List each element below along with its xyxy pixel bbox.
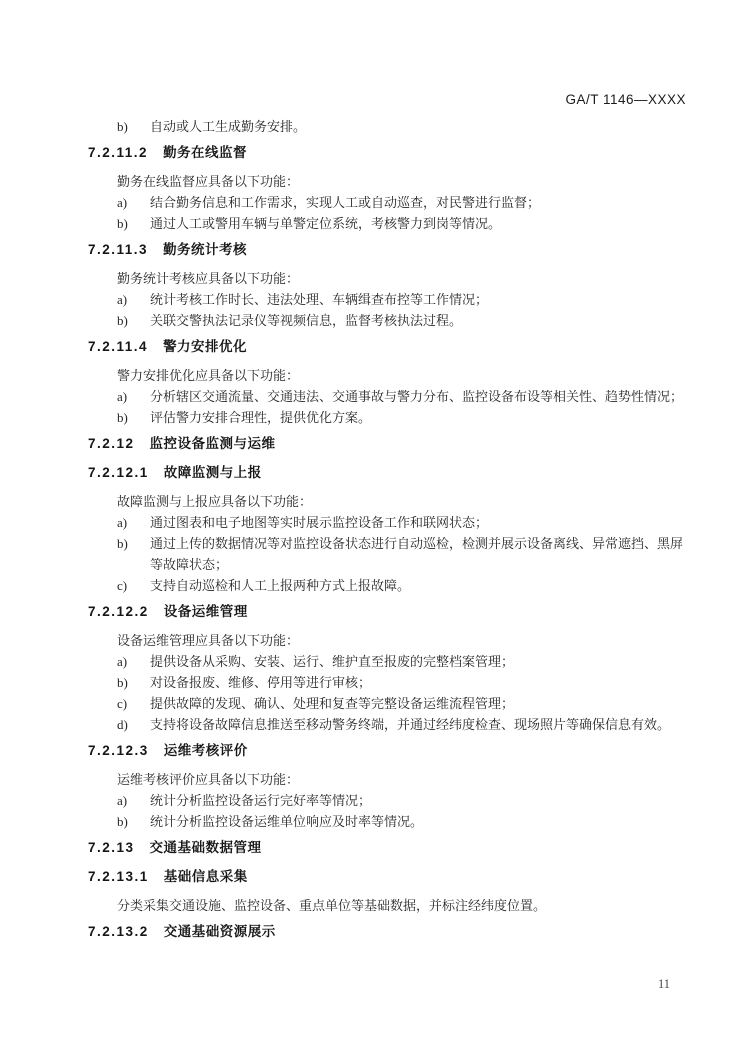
section-title: 故障监测与上报 [164,462,262,483]
list-item: a)结合勤务信息和工作需求，实现人工或自动巡查，对民警进行监督； [88,192,692,213]
section-heading: 7.2.12.3运维考核评价 [88,740,692,761]
list-marker: b) [117,533,150,575]
standard-code-header: GA/T 1146—XXXX [565,92,686,107]
list-item: b)通过人工或警用车辆与单警定位系统，考核警力到岗等情况。 [88,213,692,234]
paragraph: 勤务统计考核应具备以下功能： [88,268,692,289]
section-title: 勤务统计考核 [163,239,247,260]
list-text: 统计分析监控设备运行完好率等情况； [150,790,692,811]
section-number: 7.2.11.3 [88,239,148,260]
section-heading: 7.2.11.2勤务在线监督 [88,142,692,163]
list-text: 统计考核工作时长、违法处理、车辆缉查布控等工作情况； [150,289,692,310]
list-marker: a) [117,512,150,533]
section-heading: 7.2.13.2交通基础资源展示 [88,921,692,942]
section-number: 7.2.12.1 [88,462,149,483]
list-item: c)提供故障的发现、确认、处理和复查等完整设备运维流程管理； [88,693,692,714]
list-marker: c) [117,693,150,714]
list-text: 提供设备从采购、安装、运行、维护直至报废的完整档案管理； [150,651,692,672]
section-title: 警力安排优化 [163,336,247,357]
section-title: 监控设备监测与运维 [150,433,276,454]
list-item: a)统计分析监控设备运行完好率等情况； [88,790,692,811]
paragraph: 警力安排优化应具备以下功能： [88,365,692,386]
section-number: 7.2.12.2 [88,601,149,622]
list-text: 分析辖区交通流量、交通违法、交通事故与警力分布、监控设备布设等相关性、趋势性情况… [150,386,692,407]
section-heading: 7.2.12.1故障监测与上报 [88,462,692,483]
list-marker: b) [117,407,150,428]
list-item: d)支持将设备故障信息推送至移动警务终端，并通过经纬度检查、现场照片等确保信息有… [88,714,692,735]
list-text: 通过人工或警用车辆与单警定位系统，考核警力到岗等情况。 [150,213,692,234]
section-title: 交通基础资源展示 [164,921,276,942]
list-text: 支持自动巡检和人工上报两种方式上报故障。 [150,575,692,596]
paragraph: 运维考核评价应具备以下功能： [88,769,692,790]
list-item: b)对设备报废、维修、停用等进行审核； [88,672,692,693]
list-text: 通过上传的数据情况等对监控设备状态进行自动巡检，检测并展示设备离线、异常遮挡、黑… [150,533,692,575]
list-text: 结合勤务信息和工作需求，实现人工或自动巡查，对民警进行监督； [150,192,692,213]
section-number: 7.2.12.3 [88,740,149,761]
list-marker: c) [117,575,150,596]
section-title: 交通基础数据管理 [150,837,262,858]
section-heading: 7.2.11.4警力安排优化 [88,336,692,357]
list-marker: b) [117,213,150,234]
paragraph: 设备运维管理应具备以下功能： [88,630,692,651]
section-number: 7.2.12 [88,433,135,454]
list-marker: b) [117,310,150,331]
paragraph: 勤务在线监督应具备以下功能： [88,171,692,192]
section-number: 7.2.13.1 [88,866,149,887]
section-number: 7.2.11.2 [88,142,148,163]
list-item: b)评估警力安排合理性，提供优化方案。 [88,407,692,428]
section-heading: 7.2.13交通基础数据管理 [88,837,692,858]
list-marker: b) [117,116,150,137]
list-marker: a) [117,192,150,213]
list-marker: a) [117,651,150,672]
list-item: c)支持自动巡检和人工上报两种方式上报故障。 [88,575,692,596]
list-item: b)自动或人工生成勤务安排。 [88,116,692,137]
section-number: 7.2.13.2 [88,921,149,942]
section-heading: 7.2.12.2设备运维管理 [88,601,692,622]
paragraph: 分类采集交通设施、监控设备、重点单位等基础数据，并标注经纬度位置。 [88,895,692,916]
list-marker: b) [117,672,150,693]
list-text: 提供故障的发现、确认、处理和复查等完整设备运维流程管理； [150,693,692,714]
page-number: 11 [658,977,670,992]
section-title: 勤务在线监督 [163,142,247,163]
document-body: b)自动或人工生成勤务安排。7.2.11.2勤务在线监督勤务在线监督应具备以下功… [88,116,692,950]
list-text: 关联交警执法记录仪等视频信息，监督考核执法过程。 [150,310,692,331]
section-title: 设备运维管理 [164,601,248,622]
list-text: 评估警力安排合理性，提供优化方案。 [150,407,692,428]
list-marker: d) [117,714,150,735]
list-item: a)提供设备从采购、安装、运行、维护直至报废的完整档案管理； [88,651,692,672]
list-text: 自动或人工生成勤务安排。 [150,116,692,137]
list-text: 对设备报废、维修、停用等进行审核； [150,672,692,693]
list-marker: b) [117,811,150,832]
list-item: a)统计考核工作时长、违法处理、车辆缉查布控等工作情况； [88,289,692,310]
list-marker: a) [117,790,150,811]
list-item: a)通过图表和电子地图等实时展示监控设备工作和联网状态； [88,512,692,533]
section-heading: 7.2.12监控设备监测与运维 [88,433,692,454]
section-heading: 7.2.11.3勤务统计考核 [88,239,692,260]
paragraph: 故障监测与上报应具备以下功能： [88,491,692,512]
section-number: 7.2.13 [88,837,135,858]
list-text: 通过图表和电子地图等实时展示监控设备工作和联网状态； [150,512,692,533]
section-title: 运维考核评价 [164,740,248,761]
list-marker: a) [117,289,150,310]
list-item: b)通过上传的数据情况等对监控设备状态进行自动巡检，检测并展示设备离线、异常遮挡… [88,533,692,575]
list-item: b)关联交警执法记录仪等视频信息，监督考核执法过程。 [88,310,692,331]
document-page: GA/T 1146—XXXX b)自动或人工生成勤务安排。7.2.11.2勤务在… [0,0,750,1060]
section-title: 基础信息采集 [164,866,248,887]
list-item: b)统计分析监控设备运维单位响应及时率等情况。 [88,811,692,832]
list-marker: a) [117,386,150,407]
list-text: 统计分析监控设备运维单位响应及时率等情况。 [150,811,692,832]
list-item: a)分析辖区交通流量、交通违法、交通事故与警力分布、监控设备布设等相关性、趋势性… [88,386,692,407]
section-heading: 7.2.13.1基础信息采集 [88,866,692,887]
list-text: 支持将设备故障信息推送至移动警务终端，并通过经纬度检查、现场照片等确保信息有效。 [150,714,692,735]
section-number: 7.2.11.4 [88,336,148,357]
